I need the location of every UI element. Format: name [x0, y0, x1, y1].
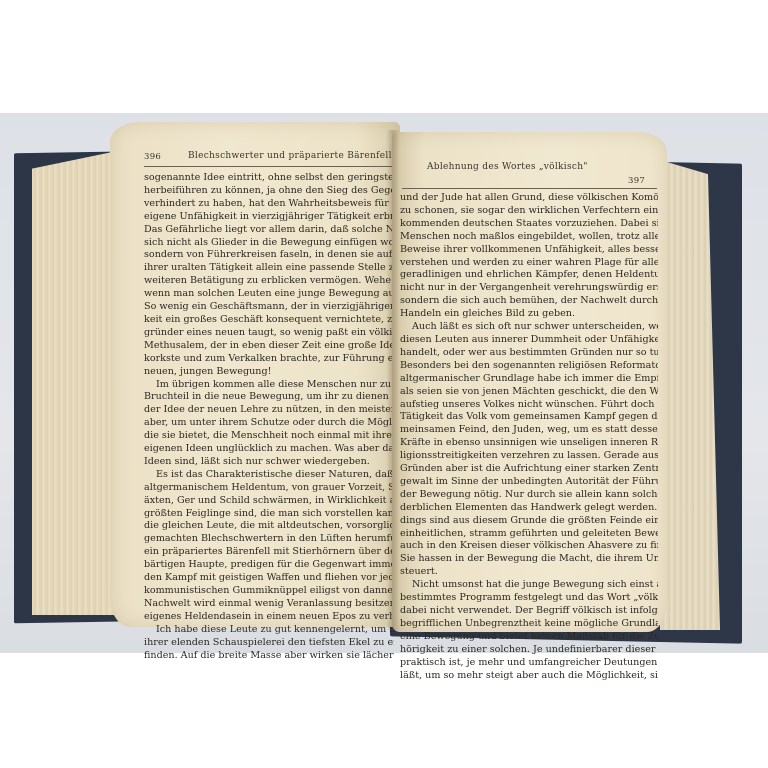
text-line: eine Bewegung und bietet keinen Maßstab … — [400, 631, 658, 644]
text-line: eigene Unfähigkeit in vierzigjähriger Tä… — [144, 211, 394, 224]
text-line: Auch läßt es sich oft nur schwer untersc… — [400, 321, 658, 334]
text-line: hörigkeit zu einer solchen. Je undefinie… — [400, 644, 658, 657]
text-line: finden. Auf die breite Masse aber wirken… — [144, 650, 394, 663]
text-line: weiteren Betätigung zu erblicken vermöge… — [144, 275, 394, 288]
text-line: eigenen Ideen unglücklich zu machen. Was… — [144, 443, 394, 456]
text-line: Sie hassen in der Bewegung die Macht, di… — [400, 553, 658, 566]
text-line: keit ein großes Geschäft konsequent vern… — [144, 314, 394, 327]
page-number-left: 396 — [144, 152, 161, 162]
text-line: läßt, um so mehr steigt aber auch die Mö… — [400, 670, 658, 683]
text-line: So wenig ein Geschäftsmann, der in vierz… — [144, 301, 394, 314]
text-line: die sie bietet, die Menschheit noch einm… — [144, 430, 394, 443]
page-number-right: 397 — [628, 176, 645, 186]
left-page: 396 Blechschwerter und präparierte Bären… — [110, 122, 400, 627]
text-line: Besonders bei den sogenannten religiösen… — [400, 360, 658, 373]
text-line: verstehen und werden zu einer wahren Pla… — [400, 257, 658, 270]
text-line: größten Feiglinge sind, die man sich vor… — [144, 508, 394, 521]
text-line: Tätigkeit das Volk vom gemeinsamen Kampf… — [400, 411, 658, 424]
text-line: kommunistischen Gummiknüppel eiligst von… — [144, 585, 394, 598]
text-line: Ideen sind, läßt sich nur schwer wiederg… — [144, 456, 394, 469]
text-line: steuert. — [400, 566, 658, 579]
text-line: Kräfte in ebenso unsinnigen wie unselige… — [400, 437, 658, 450]
text-line: Menschen noch maßlos eingebildet, wollen… — [400, 231, 658, 244]
text-line: Es ist das Charakteristische dieser Natu… — [144, 469, 394, 482]
running-head-right: Ablehnung des Wortes „völkisch" — [427, 162, 588, 172]
right-page: Ablehnung des Wortes „völkisch" 397 und … — [392, 132, 667, 632]
text-line: Nachwelt wird einmal wenig Veranlassung … — [144, 598, 394, 611]
text-line: dabei nicht verwendet. Der Begriff völki… — [400, 605, 658, 618]
text-line: korkste und zum Verkalken brachte, zur F… — [144, 353, 394, 366]
left-page-body: sogenannte Idee eintritt, ohne selbst de… — [144, 172, 394, 662]
text-line: geradlinigen und ehrlichen Kämpfer, dene… — [400, 269, 658, 282]
text-line: eigenes Heldendasein in einem neuen Epos… — [144, 611, 394, 624]
text-line: derblichen Elementen das Handwerk gelegt… — [400, 502, 658, 515]
text-line: Das Gefährliche liegt vor allem darin, d… — [144, 224, 394, 237]
text-line: sondern von Führerkreisen faseln, in den… — [144, 249, 394, 262]
text-line: auch in den Kreisen dieser völkischen Ah… — [400, 540, 658, 553]
text-line: gewalt im Sinne der unbedingten Autoritä… — [400, 476, 658, 489]
text-line: aber, um unter ihrem Schutze oder durch … — [144, 417, 394, 430]
text-line: diesen Leuten aus innerer Dummheit oder … — [400, 334, 658, 347]
text-line: begrifflichen Unbegrenztheit keine mögli… — [400, 618, 658, 631]
text-line: kommenden deutschen Staates vorzuziehen.… — [400, 218, 658, 231]
text-line: altgermanischem Heldentum, von grauer Vo… — [144, 482, 394, 495]
text-line: sondern die sich auch bemühen, der Nachw… — [400, 295, 658, 308]
text-line: verhindert zu haben, hat den Wahrheitsbe… — [144, 198, 394, 211]
text-line: und der Jude hat allen Grund, diese völk… — [400, 192, 658, 205]
text-line: Beweise ihrer vollkommenen Unfähigkeit, … — [400, 244, 658, 257]
header-rule-right — [402, 188, 657, 189]
text-line: der Bewegung nötig. Nur durch sie allein… — [400, 489, 658, 502]
text-line: Nicht umsonst hat die junge Bewegung sic… — [400, 579, 658, 592]
right-page-body: und der Jude hat allen Grund, diese völk… — [400, 192, 658, 682]
text-line: Gründen aber ist die Aufrichtung einer s… — [400, 463, 658, 476]
text-line: aufstieg unseres Volkes nicht wünschen. … — [400, 399, 658, 412]
book-gutter — [386, 130, 400, 630]
text-line: einheitlichen, stramm geführten und gele… — [400, 528, 658, 541]
text-line: wenn man solchen Leuten eine junge Beweg… — [144, 288, 394, 301]
text-line: ligionsstreitigkeiten verzehren zu lasse… — [400, 450, 658, 463]
text-line: praktisch ist, je mehr und umfangreicher… — [400, 657, 658, 670]
text-line: Bruchteil in die neue Bewegung, um ihr z… — [144, 391, 394, 404]
text-line: Methusalem, der in eben dieser Zeit eine… — [144, 340, 394, 353]
header-rule-left — [144, 166, 394, 167]
text-line: ihrer elenden Schauspielerei den tiefste… — [144, 637, 394, 650]
text-line: altgermanischer Grundlage habe ich immer… — [400, 373, 658, 386]
text-line: äxten, Ger und Schild schwärmen, in Wirk… — [144, 495, 394, 508]
text-line: bärtigen Haupte, predigen für die Gegenw… — [144, 559, 394, 572]
text-line: ein präpariertes Bärenfell mit Stierhörn… — [144, 546, 394, 559]
text-line: Im übrigen kommen alle diese Menschen nu… — [144, 379, 394, 392]
text-line: ihrer uralten Tätigkeit allein eine pass… — [144, 262, 394, 275]
text-line: sich nicht als Glieder in die Bewegung e… — [144, 237, 394, 250]
page-block-edge-left — [32, 150, 122, 615]
text-line: gründer eines neuen taugt, so wenig paßt… — [144, 327, 394, 340]
running-head-left: Blechschwerter und präparierte Bärenfell… — [188, 151, 397, 161]
text-line: gemachten Blechschwertern in den Lüften … — [144, 533, 394, 546]
text-line: herbeiführen zu können, ja ohne den Sieg… — [144, 185, 394, 198]
text-line: zu schonen, sie sogar den wirklichen Ver… — [400, 205, 658, 218]
text-line: den Kampf mit geistigen Waffen und flieh… — [144, 572, 394, 585]
text-line: Ich habe diese Leute zu gut kennengelern… — [144, 624, 394, 637]
text-line: sogenannte Idee eintritt, ohne selbst de… — [144, 172, 394, 185]
text-line: neuen, jungen Bewegung! — [144, 366, 394, 379]
text-line: Handeln ein gleiches Bild zu geben. — [400, 308, 658, 321]
text-line: meinsamen Feind, den Juden, weg, um es s… — [400, 424, 658, 437]
text-line: die gleichen Leute, die mit altdeutschen… — [144, 520, 394, 533]
text-line: dings sind aus diesem Grunde die größten… — [400, 515, 658, 528]
text-line: der Idee der neuen Lehre zu nützen, in d… — [144, 404, 394, 417]
text-line: nicht nur in der Vergangenheit verehrung… — [400, 282, 658, 295]
text-line: als seien sie von jenen Mächten geschick… — [400, 386, 658, 399]
text-line: bestimmtes Programm festgelegt und das W… — [400, 592, 658, 605]
text-line: handelt, oder wer aus bestimmten Gründen… — [400, 347, 658, 360]
